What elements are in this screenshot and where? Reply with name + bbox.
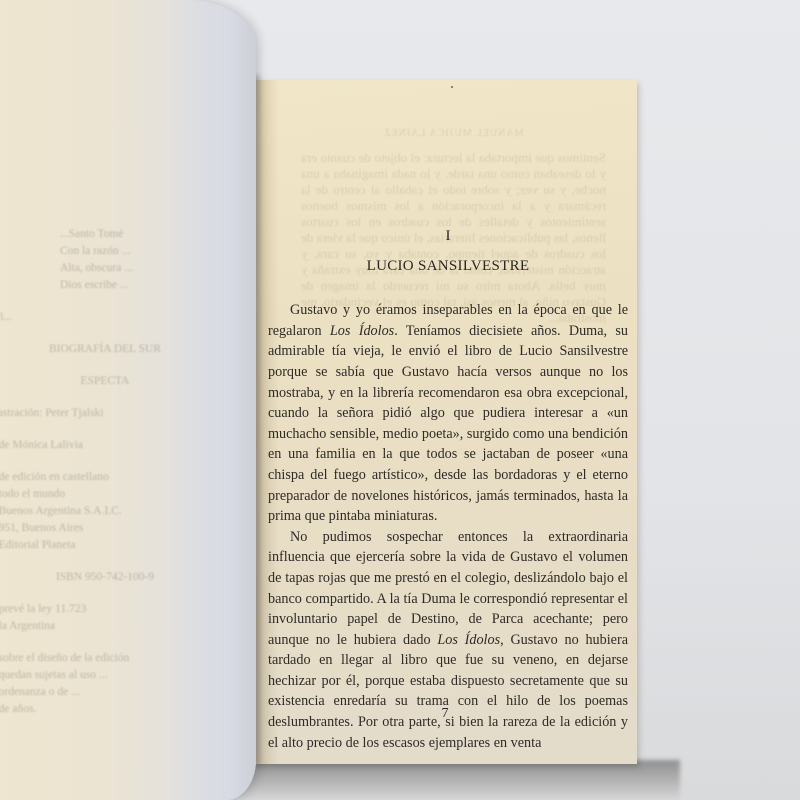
left-page-line: ...Santo Tomé [0, 226, 220, 243]
paragraph-2-text-a: No pudimos sospechar entonces la extraor… [268, 529, 628, 648]
left-page-line: ...ordenanza o de ... [0, 684, 220, 701]
left-page-gap [0, 554, 220, 569]
left-page-line: ...de Mónica Lalivia [0, 437, 220, 454]
left-page-line: ...todo el mundo [0, 486, 220, 503]
left-page-line: ...prevé la ley 11.723 [0, 601, 220, 618]
page-number: 7 [253, 706, 637, 722]
bleed-through-running-header: MANUEL MUJICA LAINEZ [301, 126, 606, 142]
left-page-line: Ilustración: Peter Tjalski [0, 405, 220, 422]
left-page-line: ...Editorial Planeta [0, 537, 220, 554]
paragraph-1: Gustavo y yo éramos inseparables en la é… [268, 300, 628, 527]
book-title-italic: Los Ídolos [330, 323, 394, 339]
left-page-gap [0, 454, 220, 469]
left-page-line: ...de años. [0, 701, 220, 718]
left-page: ...Santo ToméCon la razón ...Alta, obscu… [0, 0, 256, 800]
paragraph-1-text-b: . Teníamos diecisiete años. Duma, su adm… [268, 323, 628, 524]
left-page-line: Con la razón ... [0, 243, 220, 260]
paragraph-2-text-b: , Gustavo no hubiera tardado en llegar a… [268, 632, 628, 751]
chapter-title: LUCIO SANSILVESTRE [268, 256, 628, 277]
left-page-line: BIOGRAFÍA DEL SUR [0, 341, 220, 358]
left-page-line: ISBN 950-742-100-9 [0, 569, 220, 586]
left-page-gap [0, 294, 220, 309]
left-page-line: ...quedan sujetas al uso ... [0, 667, 220, 684]
left-page-line: ...951, Buenos Aires [0, 520, 220, 537]
left-page-line: Alta, obscura ... [0, 260, 220, 277]
left-page-gap [0, 635, 220, 650]
left-page-gap [0, 358, 220, 373]
left-page-text: ...Santo ToméCon la razón ...Alta, obscu… [0, 226, 220, 718]
book-title-italic: Los Ídolos [437, 632, 500, 648]
right-page: MANUEL MUJICA LAINEZ Sentimos que import… [253, 80, 637, 764]
left-page-line: Dios escribe ... [0, 277, 220, 294]
left-page-gap [0, 422, 220, 437]
page-text-block: I LUCIO SANSILVESTRE Gustavo y yo éramos… [268, 226, 628, 753]
left-page-line: ...sobre el diseño de la edición [0, 650, 220, 667]
paper-speck [451, 86, 453, 88]
left-page-gap [0, 586, 220, 601]
left-page-line: ...de edición en castellano [0, 469, 220, 486]
left-page-line: ...Buenos Argentina S.A.I.C. [0, 503, 220, 520]
chapter-number: I [268, 226, 628, 247]
left-page-gap [0, 390, 220, 405]
left-page-line: ...la Argentina [0, 618, 220, 635]
left-page-line: Wi... [0, 309, 220, 326]
left-page-gap [0, 326, 220, 341]
left-page-line: ESPECTA [0, 373, 220, 390]
